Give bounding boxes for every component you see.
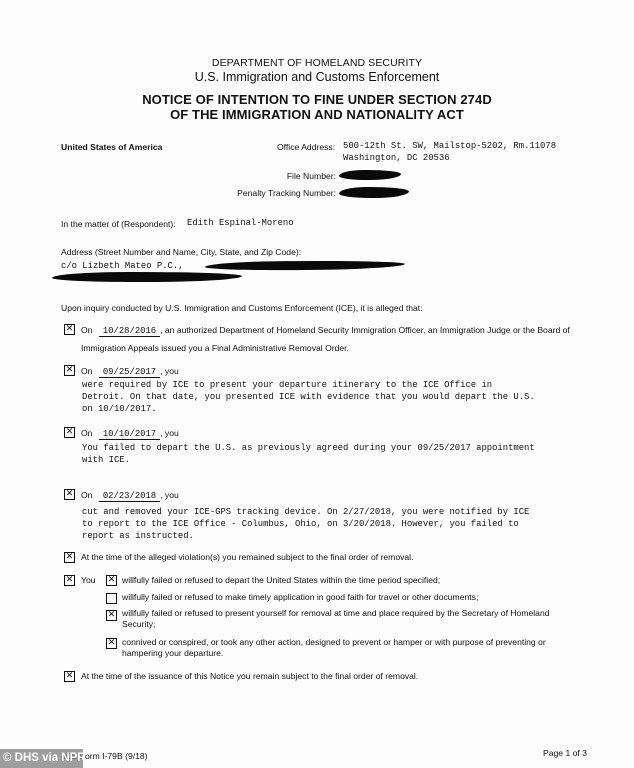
notice-title-line2: OF THE IMMIGRATION AND NATIONALITY ACT [0, 107, 634, 122]
option-connived-text-2: hampering your departure. [122, 648, 223, 658]
option-connived-checkbox[interactable]: ✕ [106, 638, 117, 649]
allegation-3-date: 10/10/2017 [99, 429, 160, 440]
allegation-3-detail-1: You failed to depart the U.S. as previou… [82, 443, 535, 453]
address-redaction-line1 [205, 260, 405, 270]
you-label: You [81, 575, 96, 585]
address-label: Address (Street Number and Name, City, S… [61, 247, 301, 257]
allegation-1-suffix: , an authorized Department of Homeland S… [160, 325, 570, 335]
allegation-3-checkbox[interactable]: ✕ [64, 427, 75, 438]
on-label: On [81, 428, 92, 438]
address-redaction-line2 [52, 272, 242, 282]
subject-statement-text: At the time of the alleged violation(s) … [81, 552, 413, 562]
penalty-tracking-redaction [339, 187, 409, 198]
allegation-2-detail-1: were required by ICE to present your dep… [82, 380, 492, 390]
notice-document-page: DEPARTMENT OF HOMELAND SECURITY U.S. Imm… [0, 0, 634, 768]
option-depart-checkbox[interactable]: ✕ [106, 575, 117, 586]
department-heading: DEPARTMENT OF HOMELAND SECURITY [0, 57, 634, 69]
you-checkbox[interactable]: ✕ [64, 575, 75, 586]
office-address-label: Office Address: [277, 142, 335, 152]
allegation-4-detail-1: cut and removed your ICE-GPS tracking de… [82, 507, 529, 517]
allegation-2-detail-2: Detroit. On that date, you presented ICE… [82, 392, 535, 402]
allegation-3-suffix: , you [160, 428, 179, 438]
allegation-1-line: On 10/28/2016, an authorized Department … [81, 325, 570, 337]
plaintiff-label: United States of America [61, 142, 162, 152]
subject-statement-checkbox[interactable]: ✕ [64, 552, 75, 563]
office-address-line2: Washington, DC 20536 [343, 153, 450, 163]
page-indicator: Page 1 of 3 [543, 748, 587, 758]
allegation-1-date: 10/28/2016 [99, 326, 160, 337]
allegation-4-detail-3: report as instructed. [82, 531, 194, 541]
option-connived-text-1: connived or conspired, or took any other… [122, 637, 546, 647]
option-present-text-2: Security; [122, 619, 155, 629]
option-documents-checkbox[interactable] [106, 593, 117, 604]
issuance-statement-text: At the time of the issuance of this Noti… [81, 671, 418, 681]
on-label: On [81, 366, 92, 376]
allegation-3-line: On 10/10/2017, you [81, 428, 179, 440]
on-label: On [81, 325, 92, 335]
address-value: c/o Lizbeth Mateo P.C., [61, 261, 184, 271]
allegation-4-line: On 02/23/2018, you [81, 490, 179, 502]
allegation-2-line: On 09/25/2017, you [81, 366, 179, 378]
agency-heading: U.S. Immigration and Customs Enforcement [0, 70, 634, 84]
respondent-name: Edith Espinal-Moreno [187, 218, 294, 228]
allegation-4-suffix: , you [160, 490, 179, 500]
allegation-4-detail-2: to report to the ICE Office - Columbus, … [82, 519, 519, 529]
allegation-3-detail-2: with ICE. [82, 455, 130, 465]
on-label: On [81, 490, 92, 500]
penalty-tracking-label: Penalty Tracking Number: [222, 188, 336, 198]
allegation-2-date: 09/25/2017 [99, 367, 160, 378]
allegation-4-checkbox[interactable]: ✕ [64, 489, 75, 500]
allegations-intro: Upon inquiry conducted by U.S. Immigrati… [61, 303, 423, 313]
image-credit: © DHS via NPR [0, 749, 83, 768]
allegation-2-suffix: , you [160, 366, 179, 376]
allegation-2-checkbox[interactable]: ✕ [64, 365, 75, 376]
option-depart-text: willfully failed or refused to depart th… [122, 575, 440, 585]
office-address-line1: 500-12th St. SW, Mailstop-5202, Rm.11078 [343, 141, 556, 151]
file-number-label: File Number: [271, 171, 336, 181]
allegation-2-detail-3: on 10/10/2017. [82, 404, 157, 414]
allegation-1-line2: Immigration Appeals issued you a Final A… [81, 343, 349, 353]
allegation-4-date: 02/23/2018 [99, 491, 160, 502]
respondent-label: In the matter of (Respondent): [61, 219, 176, 229]
notice-title-line1: NOTICE OF INTENTION TO FINE UNDER SECTIO… [0, 92, 634, 107]
option-documents-text: willfully failed or refused to make time… [122, 592, 478, 602]
file-number-redaction [339, 170, 401, 180]
option-present-checkbox[interactable]: ✕ [106, 610, 117, 621]
option-present-text-1: willfully failed or refused to present y… [122, 608, 550, 618]
allegation-1-checkbox[interactable]: ✕ [64, 324, 75, 335]
issuance-statement-checkbox[interactable]: ✕ [64, 671, 75, 682]
